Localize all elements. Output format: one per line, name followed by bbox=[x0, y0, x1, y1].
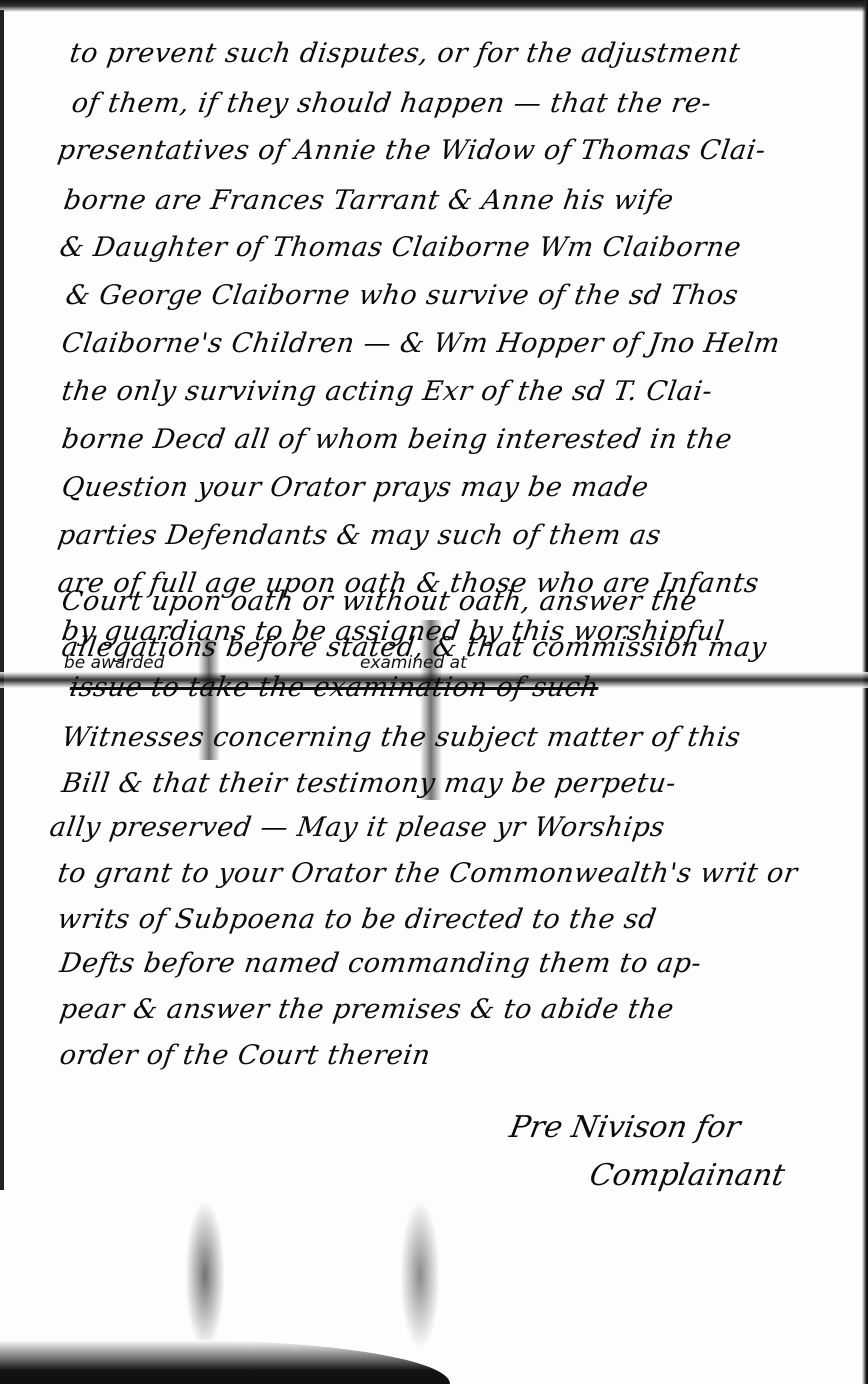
manuscript-page: to prevent such disputes, or for the adj… bbox=[0, 0, 868, 1384]
text-line: Question your Orator prays may be made bbox=[60, 472, 651, 503]
text-line: the only surviving acting Exr of the sd … bbox=[60, 376, 715, 407]
text-line: pear & answer the premises & to abide th… bbox=[58, 994, 676, 1025]
interlineation-left: be awarded bbox=[64, 653, 164, 673]
text-line: parties Defendants & may such of them as bbox=[56, 520, 663, 551]
text-line: & George Claiborne who survive of the sd… bbox=[64, 280, 741, 311]
text-line: to grant to your Orator the Commonwealth… bbox=[56, 858, 800, 889]
text-line: borne are Frances Tarrant & Anne his wif… bbox=[62, 185, 676, 216]
text-line: presentatives of Annie the Widow of Thom… bbox=[56, 135, 768, 166]
signature-line-1: Pre Nivison for bbox=[507, 1110, 743, 1145]
text-line: Claiborne's Children — & Wm Hopper of Jn… bbox=[60, 328, 782, 359]
text-line: ally preserved — May it please yr Worshi… bbox=[48, 812, 667, 843]
text-line: of them, if they should happen — that th… bbox=[70, 88, 713, 119]
text-line: & Daughter of Thomas Claiborne Wm Claibo… bbox=[58, 232, 743, 263]
signature-line-2: Complainant bbox=[587, 1158, 787, 1193]
text-line: Witnesses concerning the subject matter … bbox=[60, 722, 743, 753]
page-right-edge bbox=[862, 0, 868, 1384]
ink-stain bbox=[185, 1200, 225, 1350]
text-line: Defts before named commanding them to ap… bbox=[58, 948, 704, 979]
ink-stain bbox=[400, 1200, 440, 1350]
page-top-edge-shadow bbox=[0, 0, 868, 12]
interlineation-right: examined at bbox=[360, 653, 467, 673]
text-line: to prevent such disputes, or for the adj… bbox=[68, 38, 742, 69]
text-line: writs of Subpoena to be directed to the … bbox=[56, 904, 659, 935]
page-left-edge bbox=[0, 10, 4, 1190]
text-line-struck: issue to take the examination of such bbox=[68, 672, 601, 703]
text-line: Bill & that their testimony may be perpe… bbox=[60, 768, 678, 799]
text-line: order of the Court therein bbox=[58, 1040, 433, 1071]
bottom-damage-stain bbox=[0, 1340, 450, 1384]
text-line: Court upon oath or without oath, answer … bbox=[60, 586, 699, 617]
text-line: borne Decd all of whom being interested … bbox=[60, 424, 734, 455]
